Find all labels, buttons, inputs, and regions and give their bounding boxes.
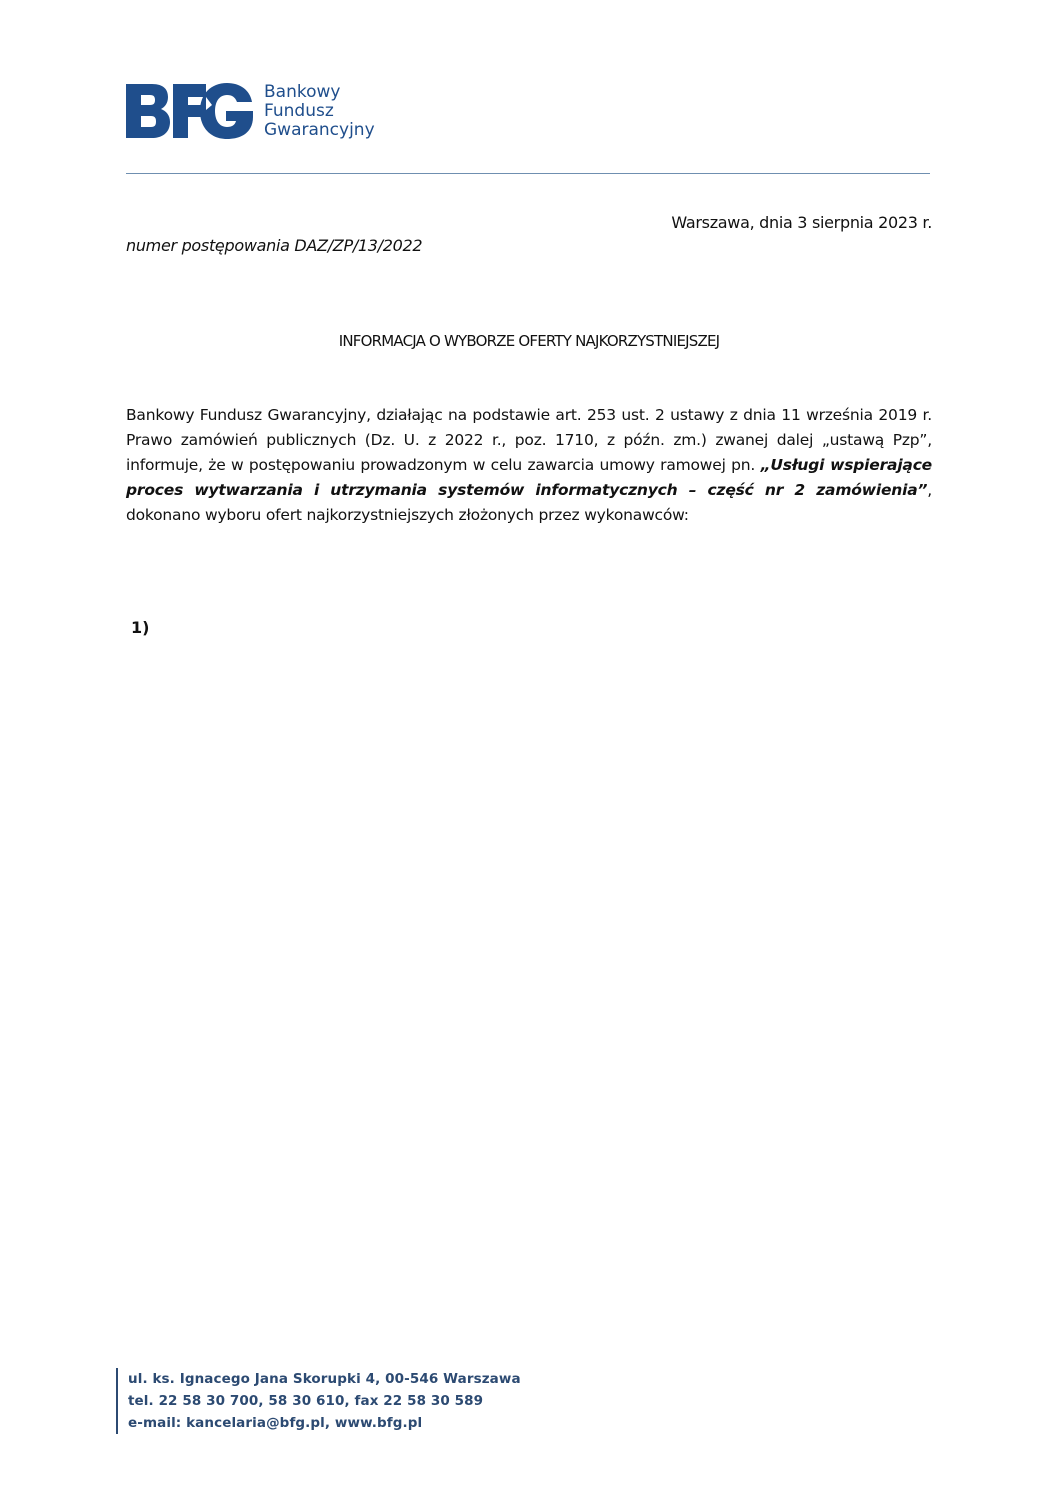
bfg-logo: Bankowy Fundusz Gwarancyjny	[126, 82, 375, 140]
footer-contact: ul. ks. Ignacego Jana Skorupki 4, 00-546…	[116, 1368, 521, 1434]
footer-address: ul. ks. Ignacego Jana Skorupki 4, 00-546…	[128, 1368, 521, 1390]
logo-line: Fundusz	[264, 102, 375, 121]
document-title: INFORMACJA O WYBORZE OFERTY NAJKORZYSTNI…	[0, 332, 1058, 350]
logo-line: Gwarancyjny	[264, 121, 375, 140]
bfg-logo-mark-icon	[126, 82, 254, 140]
case-number: numer postępowania DAZ/ZP/13/2022	[126, 236, 422, 255]
document-body: Bankowy Fundusz Gwarancyjny, działając n…	[126, 403, 932, 528]
footer-phones: tel. 22 58 30 700, 58 30 610, fax 22 58 …	[128, 1390, 521, 1412]
list-item-marker: 1)	[131, 618, 149, 637]
document-date: Warszawa, dnia 3 sierpnia 2023 r.	[671, 213, 932, 232]
footer-email-web: e-mail: kancelaria@bfg.pl, www.bfg.pl	[128, 1412, 521, 1434]
header-divider	[126, 173, 930, 174]
logo-line: Bankowy	[264, 83, 375, 102]
logo-text: Bankowy Fundusz Gwarancyjny	[264, 83, 375, 140]
